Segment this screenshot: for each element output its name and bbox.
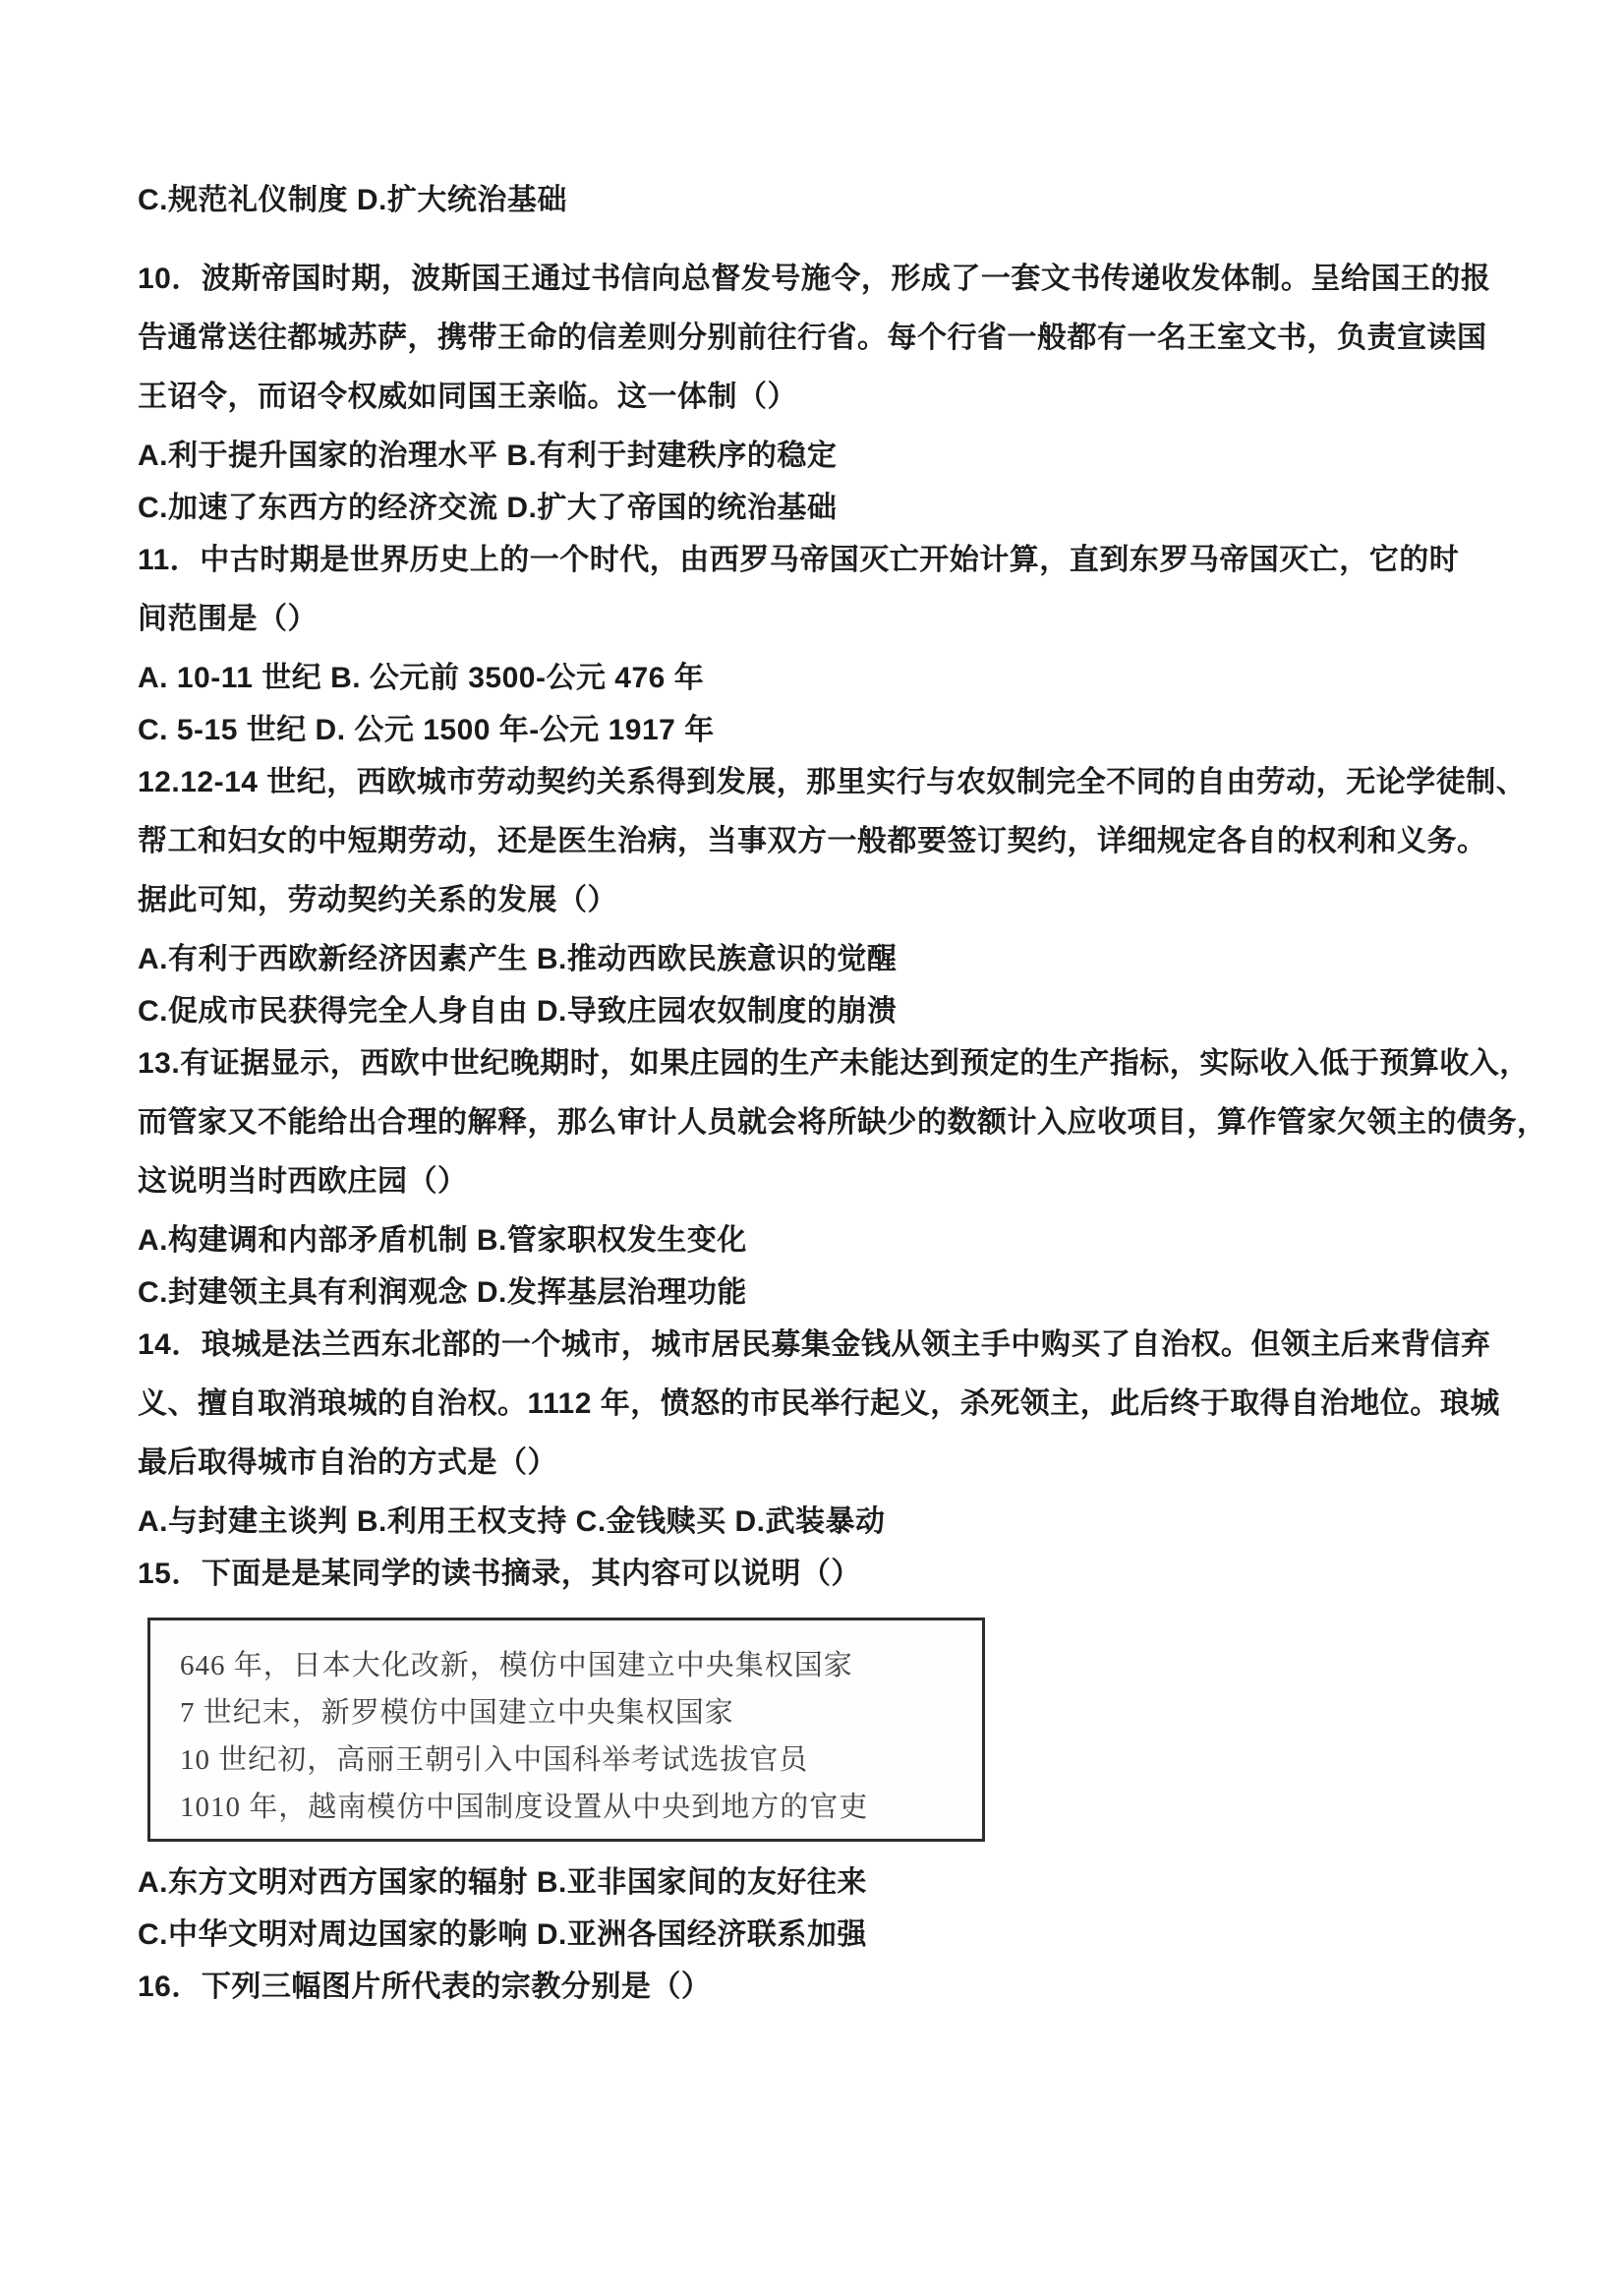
question-stem-line: 据此可知，劳动契约关系的发展（） [138,885,1488,916]
question-stem-line: 16．下列三幅图片所代表的宗教分别是（） [138,1972,1488,2003]
document-content: C.规范礼仪制度 D.扩大统治基础 10．波斯帝国时期，波斯国王通过书信向总督发… [138,185,1488,2031]
question-stem-line: 10．波斯帝国时期，波斯国王通过书信向总督发号施令，形成了一套文书传递收发体制。… [138,264,1488,295]
question-stem-line: 告通常送往都城苏萨，携带王命的信差则分别前往行省。每个行省一般都有一名王室文书，… [138,323,1488,354]
reading-excerpt-box: 646 年，日本大化改新，模仿中国建立中央集权国家7 世纪末，新罗模仿中国建立中… [147,1618,985,1842]
excerpt-line: 10 世纪初，高丽王朝引入中国科举考试选拔官员 [180,1737,966,1784]
question-stem-line: 王诏令，而诏令权威如同国王亲临。这一体制（） [138,382,1488,413]
question-stem-line: 最后取得城市自治的方式是（） [138,1447,1488,1479]
question-options-line: C.加速了东西方的经济交流 D.扩大了帝国的统治基础 [138,493,1488,524]
question-stem-line: 这说明当时西欧庄园（） [138,1166,1488,1198]
excerpt-line: 646 年，日本大化改新，模仿中国建立中央集权国家 [180,1642,966,1689]
question-stem-line: 帮工和妇女的中短期劳动，还是医生治病，当事双方一般都要签订契约，详细规定各自的权… [138,826,1488,857]
question-options-line: C.促成市民获得完全人身自由 D.导致庄园农奴制度的崩溃 [138,996,1488,1028]
question-stem-line: 间范围是（） [138,604,1488,635]
excerpt-line: 1010 年，越南模仿中国制度设置从中央到地方的官吏 [180,1784,966,1831]
question-options-line: C.封建领主具有利润观念 D.发挥基层治理功能 [138,1277,1488,1309]
question-stem-line: 而管家又不能给出合理的解释，那么审计人员就会将所缺少的数额计入应收项目，算作管家… [138,1107,1488,1139]
question-options-line: A.有利于西欧新经济因素产生 B.推动西欧民族意识的觉醒 [138,944,1488,975]
question-stem-line: 13.有证据显示，西欧中世纪晚期时，如果庄园的生产未能达到预定的生产指标，实际收… [138,1048,1488,1080]
question-options-line: C. 5-15 世纪 D. 公元 1500 年-公元 1917 年 [138,715,1488,746]
question-stem-line: 14．琅城是法兰西东北部的一个城市，城市居民募集金钱从领主手中购买了自治权。但领… [138,1329,1488,1361]
question-options-line: C.中华文明对周边国家的影响 D.亚洲各国经济联系加强 [138,1919,1488,1951]
question-options-line: A.与封建主谈判 B.利用王权支持 C.金钱赎买 D.武装暴动 [138,1506,1488,1538]
question-options-line: C.规范礼仪制度 D.扩大统治基础 [138,185,1488,216]
question-stem-line: 12.12-14 世纪，西欧城市劳动契约关系得到发展，那里实行与农奴制完全不同的… [138,767,1488,798]
question-stem-line: 11．中古时期是世界历史上的一个时代，由西罗马帝国灭亡开始计算，直到东罗马帝国灭… [138,545,1488,576]
question-stem-line: 15．下面是是某同学的读书摘录，其内容可以说明（） [138,1559,1488,1590]
question-options-line: A.东方文明对西方国家的辐射 B.亚非国家间的友好往来 [138,1867,1488,1899]
question-options-line: A.利于提升国家的治理水平 B.有利于封建秩序的稳定 [138,441,1488,472]
excerpt-line: 7 世纪末，新罗模仿中国建立中央集权国家 [180,1689,966,1737]
question-options-line: A. 10-11 世纪 B. 公元前 3500-公元 476 年 [138,663,1488,694]
question-stem-line: 义、擅自取消琅城的自治权。1112 年，愤怒的市民举行起义，杀死领主，此后终于取… [138,1388,1488,1420]
question-options-line: A.构建调和内部矛盾机制 B.管家职权发生变化 [138,1225,1488,1257]
exam-document-page: C.规范礼仪制度 D.扩大统治基础 10．波斯帝国时期，波斯国王通过书信向总督发… [0,0,1624,2296]
